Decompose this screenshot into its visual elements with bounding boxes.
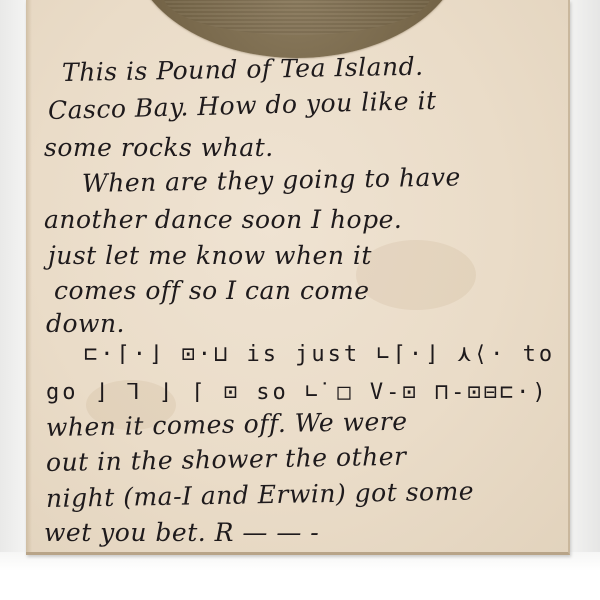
letter-line-8: down. [46, 309, 125, 338]
letter-line-10-cipher: go ⌋ ⅂ ⌋ ⌈ ⊡ so ∟̇ □ V-⊡ ⊓-⊡⊟⊏·) [46, 380, 549, 405]
paper-stain [356, 240, 476, 310]
letter-line-2: Casco Bay. How do you like it [48, 86, 437, 125]
letter-line-11: when it comes off. We were [46, 407, 408, 442]
letter-line-12: out in the shower the other [46, 442, 407, 477]
letter-line-9-cipher: ⊏·⌈·⌋ ⊡·⊔ is just ∟⌈·⌋ ⋏⟨· to [84, 342, 555, 367]
letter-line-1: This is Pound of Tea Island. [62, 52, 424, 87]
letter-line-7: comes off so I can come [54, 276, 370, 305]
background-surface [0, 552, 600, 600]
oval-photograph [130, 0, 464, 58]
letter-line-3: some rocks what. [44, 133, 274, 162]
letter-line-4: When are they going to have [82, 162, 461, 198]
letter-line-13: night (ma-I and Erwin) got some [46, 477, 475, 513]
letter-line-6: just let me know when it [48, 241, 372, 270]
postcard: This is Pound of Tea Island. Casco Bay. … [26, 0, 570, 555]
letter-line-14: wet you bet. R — — - [44, 518, 319, 547]
letter-line-5: another dance soon I hope. [44, 205, 402, 234]
